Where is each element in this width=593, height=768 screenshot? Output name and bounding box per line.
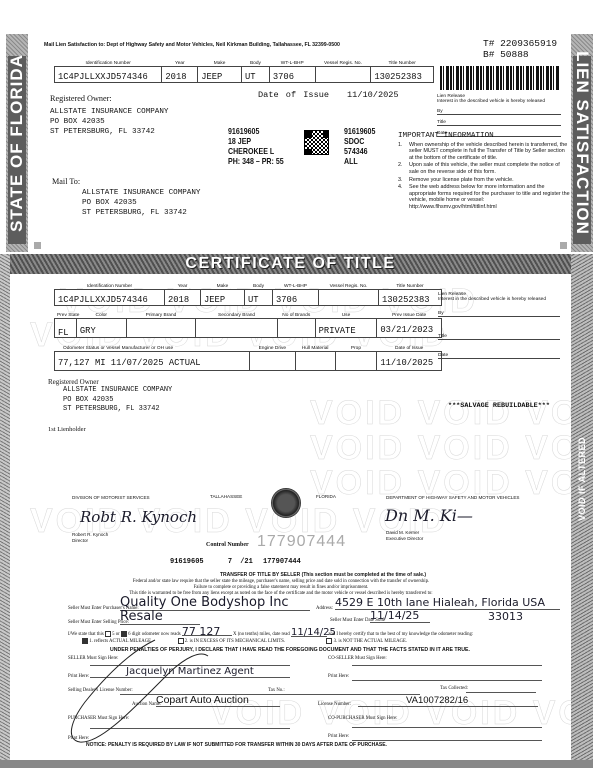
certificate-of-title: CERTIFICATE OF TITLE VOID IF ALTERED VOI… bbox=[0, 254, 593, 768]
lien-by-line[interactable]: By bbox=[438, 308, 560, 317]
lien-title-line[interactable]: Title bbox=[437, 117, 561, 126]
license-number-label: License Number: bbox=[318, 702, 351, 708]
control-number: 177907444 bbox=[257, 533, 346, 551]
vessel-field: Vessel Regis. No. bbox=[316, 67, 372, 82]
copurchaser-print-line[interactable] bbox=[352, 740, 542, 741]
lien-title-line[interactable]: Title bbox=[438, 331, 560, 340]
qr-code bbox=[304, 130, 329, 155]
selling-price-input[interactable]: Resale bbox=[120, 609, 200, 625]
lien-date-line[interactable]: Date bbox=[438, 350, 560, 359]
director-name: Robert R. Kynoch Director bbox=[72, 532, 108, 543]
tracking-numbers: T# 2209365919 B# 50888 bbox=[483, 38, 557, 60]
stub-registered-owner-label: Registered Owner: bbox=[50, 94, 112, 103]
important-information: IMPORTANT INFORMATION 1.When ownership o… bbox=[398, 133, 570, 212]
odometer-field: Odometer Status or Vessel Manufacturer o… bbox=[55, 352, 250, 370]
lien-by-line[interactable]: By bbox=[437, 106, 561, 115]
tallahassee-label: TALLAHASSEE bbox=[210, 494, 242, 500]
cert-vehicle-row-2: Prev StateFL ColorGRY Primary Brand Seco… bbox=[54, 318, 442, 338]
department-label: DEPARTMENT OF HIGHWAY SAFETY AND MOTOR V… bbox=[386, 495, 520, 501]
copurchaser-print-label: Print Here: bbox=[328, 734, 349, 740]
mail-to-label: Mail To: bbox=[52, 177, 80, 186]
division-label: DIVISION OF MOTORIST SERVICES bbox=[72, 495, 150, 501]
year-field: Year2018 bbox=[162, 67, 198, 82]
year-field: Year2018 bbox=[165, 290, 201, 305]
transfer-title: TRANSFER OF TITLE BY SELLER (This sectio… bbox=[220, 572, 426, 578]
exec-director-name: David M. Kerner Executive Director bbox=[386, 530, 423, 541]
stub-vehicle-fields: Identification Number1C4PJLLXXJD574346 Y… bbox=[54, 66, 434, 83]
coseller-print-label: Print Here: bbox=[328, 674, 349, 680]
secondary-brand-field: Secondary Brand bbox=[196, 319, 278, 337]
license-number-input[interactable]: VA1007282/16 bbox=[358, 695, 538, 707]
florida-label: FLORIDA bbox=[316, 494, 336, 500]
purchaser-zip[interactable]: 33013 bbox=[488, 610, 523, 623]
first-lienholder-label: 1st Lienholder bbox=[48, 426, 86, 433]
stub-owner-address: ALLSTATE INSURANCE COMPANY PO BOX 42035 … bbox=[50, 107, 168, 137]
use-field: UsePRIVATE bbox=[316, 319, 378, 337]
sticker-left: 91619605 18 JEP CHEROKEE L PH: 348 – PR:… bbox=[228, 126, 284, 166]
num-brands-field: No of Brands bbox=[278, 319, 316, 337]
copurchaser-sign-label: CO-PURCHASER Must Sign Here: bbox=[328, 716, 418, 722]
primary-brand-field: Primary Brand bbox=[127, 319, 197, 337]
void-if-altered-band: VOID IF ALTERED bbox=[573, 424, 591, 534]
make-field: MakeJEEP bbox=[198, 67, 242, 82]
cert-owner-address: ALLSTATE INSURANCE COMPANY PO BOX 42035 … bbox=[63, 386, 172, 415]
weight-field: WT-L-BHP3706 bbox=[273, 290, 319, 305]
barcode bbox=[440, 66, 560, 90]
lien-satisfaction-stub: STATE OF FLORIDA LIEN SATISFACTION Mail … bbox=[0, 34, 593, 252]
body-field: BodyUT bbox=[242, 67, 270, 82]
title-number-field: Title Number130252383 bbox=[371, 67, 433, 82]
vessel-field: Vessel Regis. No. bbox=[319, 290, 379, 305]
lien-satisfaction-band: LIEN SATISFACTION bbox=[571, 34, 593, 252]
engine-drive-field: Engine Drive bbox=[250, 352, 296, 370]
cert-vehicle-row-1: Identification Number1C4PJLLXXJD574346 Y… bbox=[54, 289, 442, 306]
date-read-input[interactable]: 11/14/25 bbox=[291, 630, 327, 637]
tax-collected-line[interactable] bbox=[466, 692, 536, 693]
address-label: Address: bbox=[316, 606, 333, 612]
state-seal-icon bbox=[271, 488, 301, 518]
copurchaser-sign-line[interactable] bbox=[352, 727, 542, 728]
stub-date-of-issue-label: Date of Issue bbox=[258, 90, 329, 100]
coseller-sign-label: CO-SELLER Must Sign Here: bbox=[328, 656, 418, 662]
seller-signature-scribble bbox=[60, 632, 210, 752]
vin-field: Identification Number1C4PJLLXXJD574346 bbox=[55, 67, 162, 82]
weight-field: WT-L-BHP3706 bbox=[270, 67, 316, 82]
stub-lien-release: Lien Release Interest in the described v… bbox=[437, 94, 561, 137]
mail-to-address: ALLSTATE INSURANCE COMPANY PO BOX 42035 … bbox=[82, 188, 200, 218]
control-number-label: Control Number bbox=[206, 542, 249, 548]
date-of-issue-field: Date of Issue11/10/2025 bbox=[377, 352, 441, 370]
coseller-print-line[interactable] bbox=[352, 680, 542, 681]
coseller-sign-line[interactable] bbox=[352, 665, 542, 666]
cert-registered-owner-label: Registered Owner bbox=[48, 378, 99, 386]
prev-issue-date-field: Prev Issue Date03/21/2023 bbox=[377, 319, 441, 337]
director-signature: Robt R. Kynoch bbox=[80, 508, 197, 526]
purchaser-address-input[interactable]: 4529 E 10th lane Hialeah, Florida USA bbox=[335, 596, 560, 610]
body-field: BodyUT bbox=[245, 290, 273, 305]
cert-lien-release: Lien Release Interest in the described v… bbox=[438, 292, 560, 359]
color-field: ColorGRY bbox=[77, 319, 127, 337]
cert-vehicle-row-3: Odometer Status or Vessel Manufacturer o… bbox=[54, 351, 442, 371]
prev-state-field: Prev StateFL bbox=[55, 319, 77, 337]
exec-director-signature: Dn M. Ki— bbox=[385, 506, 473, 525]
not-actual-mileage-checkbox[interactable] bbox=[326, 638, 332, 644]
prop-field: Prop bbox=[336, 352, 378, 370]
mail-lien-header: Mail Lien Satisfaction to: Dept of Highw… bbox=[44, 42, 340, 48]
hull-material-field: Hull Material bbox=[296, 352, 336, 370]
sticker-right: 91619605 SDOC 574346 ALL bbox=[344, 126, 375, 166]
date-sold-input[interactable]: 11/14/25 bbox=[370, 609, 430, 623]
title-number-field: Title Number130252383 bbox=[379, 290, 441, 305]
state-of-florida-band: STATE OF FLORIDA bbox=[6, 34, 28, 252]
salvage-brand: ***SALVAGE REBUILDABLE*** bbox=[448, 402, 550, 410]
control-line: 91619605 7 /21 177907444 bbox=[170, 558, 301, 566]
stub-date-of-issue: 11/10/2025 bbox=[347, 90, 399, 100]
certificate-banner: CERTIFICATE OF TITLE bbox=[10, 254, 571, 274]
tax-collected-label: Tax Collected: bbox=[440, 686, 468, 692]
make-field: MakeJEEP bbox=[201, 290, 245, 305]
vin-field: Identification Number1C4PJLLXXJD574346 bbox=[55, 290, 165, 305]
